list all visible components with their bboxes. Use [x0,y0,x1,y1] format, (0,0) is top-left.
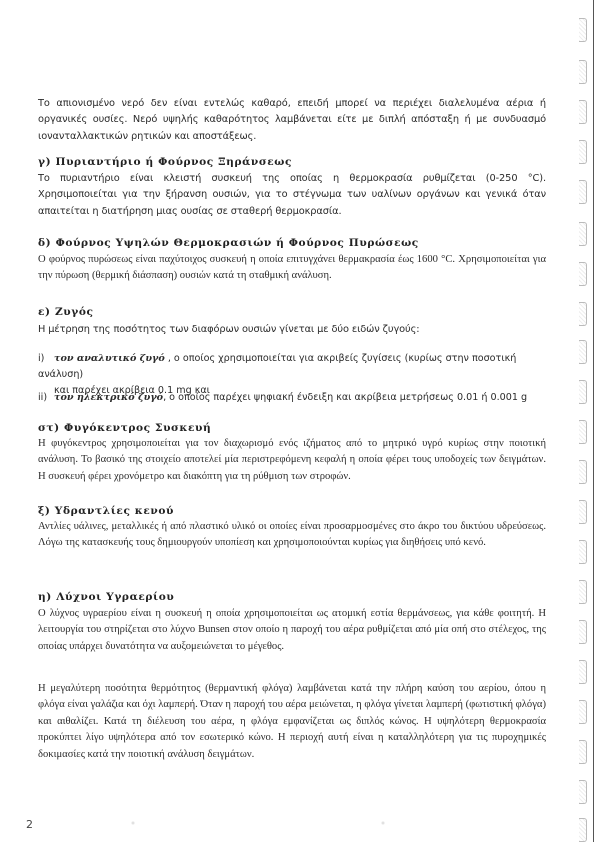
scan-speck [128,818,138,828]
section-heading-furnace: δ) Φούρνος Υψηλών Θερμοκρασιών ή Φούρνος… [38,237,419,249]
binding-hole [579,380,587,404]
scanned-page: Το απιονισμένο νερό δεν είναι εντελώς κα… [0,0,595,842]
section-heading-centrifuge: στ) Φυγόκεντρος Συσκευή [38,422,211,434]
binding-hole [579,740,587,764]
page-number: 2 [26,818,33,831]
binding-hole [579,700,587,724]
list-term: τον αναλυτικό ζυγό [54,353,165,364]
list-item-electronic-balance: ii)τον ηλεκτρικό ζυγό, ο οποίος παρέχει … [38,390,548,406]
binding-hole [579,18,587,42]
section-body-centrifuge: Η φυγόκεντρος χρησιμοποιείται για τον δι… [38,436,546,485]
binding-hole [579,540,587,564]
binding-hole [579,620,587,644]
list-text: , ο οποίος παρέχει ψηφιακή ένδειξη και α… [163,392,527,403]
binding-hole [579,302,587,326]
section-heading-vacuum-pumps: ξ) Υδραντλίες κενού [38,505,174,517]
list-term: τον ηλεκτρικό ζυγό [54,392,163,403]
section-body-flame: Η μεγαλύτερη ποσότητα θερμότητος (θερμαν… [38,681,546,763]
binding-hole [579,340,587,364]
list-marker: ii) [38,390,54,406]
scan-speck [378,818,388,828]
section-body-drying-oven: Το πυριαντήριο είναι κλειστή συσκευή της… [38,171,546,220]
binding-hole [579,180,587,204]
section-body-furnace: Ο φούρνος πυρώσεως είναι παχύτοιχος συσκ… [38,252,546,285]
binding-hole [579,420,587,444]
section-body-gas-burners: Ο λύχνος υγραερίου είναι η συσκευή η οπο… [38,606,546,655]
binding-hole [579,780,587,804]
section-heading-balance: ε) Ζυγός [38,306,94,318]
intro-paragraph: Το απιονισμένο νερό δεν είναι εντελώς κα… [38,96,546,145]
section-body-vacuum-pumps: Αντλίες υάλινες, μεταλλικές ή από πλαστι… [38,519,546,552]
binding-hole [579,660,587,684]
binding-hole [579,500,587,524]
list-marker: i) [38,351,54,367]
binding-hole [579,60,587,84]
binding-hole [579,580,587,604]
binding-hole [579,262,587,286]
page-edge [593,0,594,842]
binding-hole [579,460,587,484]
binding-hole [579,140,587,164]
binding-hole [579,222,587,246]
binding-hole [579,818,587,842]
section-body-balance: Η μέτρηση της ποσότητος των διαφόρων ουσ… [38,322,546,338]
section-heading-gas-burners: η) Λύχνοι Υγραερίου [38,591,174,603]
section-heading-drying-oven: γ) Πυριαντήριο ή Φούρνος Ξηράνσεως [38,156,292,168]
binding-hole [579,100,587,124]
